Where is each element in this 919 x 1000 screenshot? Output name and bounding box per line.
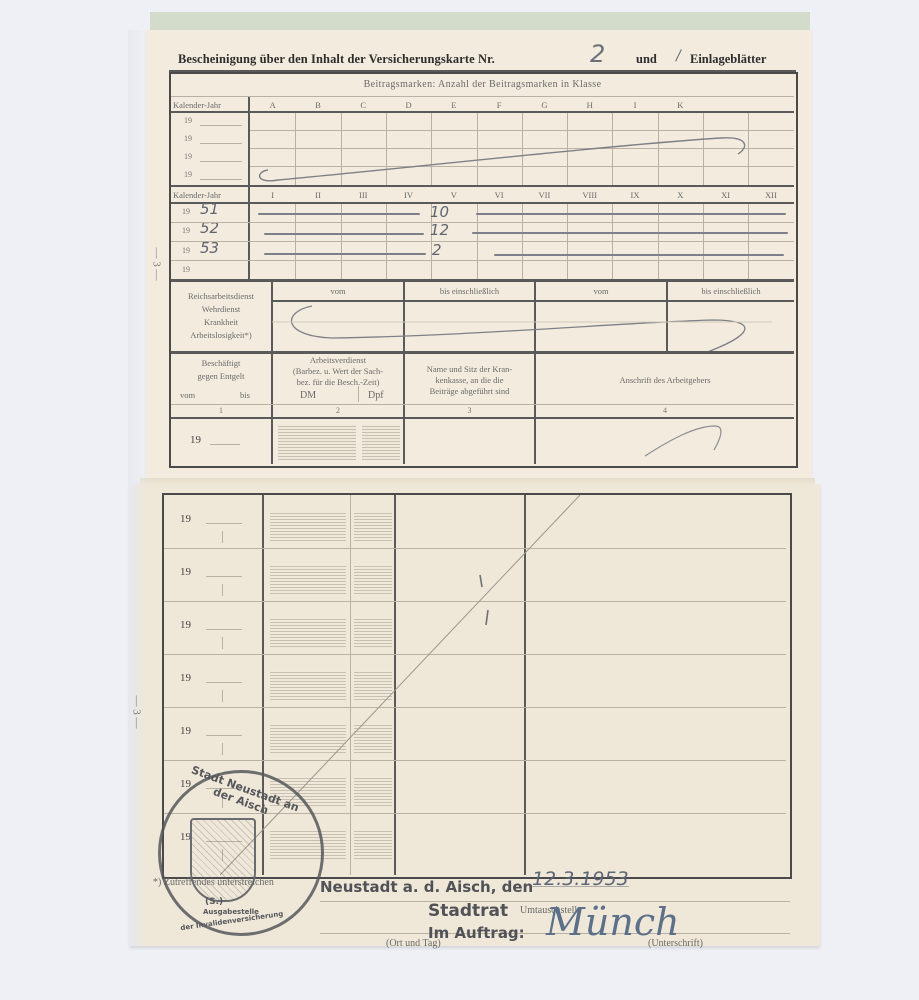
- inserts-count-handwritten: /: [676, 48, 681, 64]
- roman-row-year-prefix: 19: [182, 265, 190, 274]
- class-letter-header: I: [612, 100, 657, 110]
- lower-row-year: 19: [180, 566, 191, 578]
- class-letter-header: C: [341, 100, 386, 110]
- class-letter-header: A: [250, 100, 295, 110]
- class-letter-header: F: [477, 100, 522, 110]
- roman-row-year-prefix: 19: [182, 226, 190, 235]
- year-header-roman: Kalender-Jahr: [173, 190, 221, 200]
- employment-from: vom: [180, 390, 195, 400]
- employment-row-year: 19: [190, 434, 201, 446]
- col-number-4: 4: [536, 406, 794, 415]
- lower-row-year: 19: [180, 619, 191, 631]
- class-roman-header: V: [431, 190, 476, 200]
- lower-row-year: 19: [180, 513, 191, 525]
- employment-period-header: Beschäftigt gegen Entgelt: [171, 357, 271, 383]
- service-label: Reichsarbeitsdienst Wehrdienst Krankheit…: [171, 290, 271, 342]
- letter-row-year: 19: [184, 116, 192, 125]
- seal-center: (S.): [205, 897, 223, 907]
- class-roman-header: XI: [703, 190, 748, 200]
- class-roman-header: X: [658, 190, 703, 200]
- cancellation-stroke-service: [272, 302, 772, 354]
- authority-stamp: Stadtrat: [428, 901, 508, 921]
- cancellation-stroke-employer: [640, 420, 740, 460]
- coat-of-arms-icon: [190, 818, 256, 902]
- binding-shadow: [128, 30, 148, 946]
- signature: Münch: [546, 900, 680, 944]
- class-letter-header: K: [658, 100, 703, 110]
- class-roman-header: I: [250, 190, 295, 200]
- col-number-1: 1: [171, 406, 271, 415]
- letter-row-year: 19: [184, 170, 192, 179]
- class-roman-header: IX: [612, 190, 657, 200]
- class-letter-header: B: [295, 100, 340, 110]
- earnings-dm: DM: [300, 390, 316, 401]
- service-col-from-1: vom: [273, 286, 403, 296]
- employer-address-header: Anschrift des Arbeitgebers: [536, 375, 794, 385]
- class-v-count: 12: [430, 221, 449, 239]
- class-roman-header: VIII: [567, 190, 612, 200]
- col-number-2: 2: [273, 406, 403, 415]
- class-roman-header: VI: [477, 190, 522, 200]
- class-roman-header: III: [341, 190, 386, 200]
- roman-row-year: 51: [200, 200, 219, 218]
- earnings-dpf: Dpf: [368, 390, 384, 401]
- class-roman-header: IV: [386, 190, 431, 200]
- title-einlageblaetter: Einlageblätter: [690, 52, 766, 67]
- page-number-lower: — 3 —: [131, 696, 143, 729]
- class-v-count: 10: [430, 203, 449, 221]
- class-roman-header: II: [295, 190, 340, 200]
- letter-row-year: 19: [184, 134, 192, 143]
- lower-row-year: 19: [180, 725, 191, 737]
- roman-row-year-prefix: 19: [182, 246, 190, 255]
- place-stamp: Neustadt a. d. Aisch, den: [320, 878, 533, 896]
- card-number-handwritten: 2: [590, 40, 605, 68]
- on-behalf-stamp: Im Auftrag:: [428, 924, 525, 942]
- earnings-header: Arbeitsverdienst (Barbez. u. Wert der Sa…: [273, 355, 403, 388]
- col-number-3: 3: [405, 406, 534, 415]
- class-letter-header: H: [567, 100, 612, 110]
- document-title: Bescheinigung über den Inhalt der Versic…: [178, 52, 495, 67]
- roman-row-year-prefix: 19: [182, 207, 190, 216]
- service-col-from-2: vom: [536, 286, 666, 296]
- class-letter-header: G: [522, 100, 567, 110]
- employment-to: bis: [240, 390, 250, 400]
- class-roman-header: VII: [522, 190, 567, 200]
- service-col-to-1: bis einschließlich: [405, 286, 534, 296]
- class-roman-header: XII: [748, 190, 793, 200]
- stamps-caption: Beitragsmarken: Anzahl der Beitragsmarke…: [171, 79, 794, 90]
- class-v-count: 2: [432, 241, 442, 259]
- lower-row-year: 19: [180, 672, 191, 684]
- letter-row-year: 19: [184, 152, 192, 161]
- page-number-upper: — 3 —: [151, 248, 163, 281]
- place-date-label: (Ort und Tag): [386, 938, 441, 949]
- class-letter-header: D: [386, 100, 431, 110]
- title-und: und: [636, 52, 657, 67]
- year-header-letters: Kalender-Jahr: [173, 100, 221, 110]
- date-handwritten: 12.3.1953: [532, 868, 629, 890]
- cancellation-stroke-letters: [250, 128, 750, 184]
- class-letter-header: E: [431, 100, 476, 110]
- service-col-to-2: bis einschließlich: [668, 286, 794, 296]
- health-insurance-header: Name und Sitz der Kran- kenkasse, an die…: [405, 364, 534, 397]
